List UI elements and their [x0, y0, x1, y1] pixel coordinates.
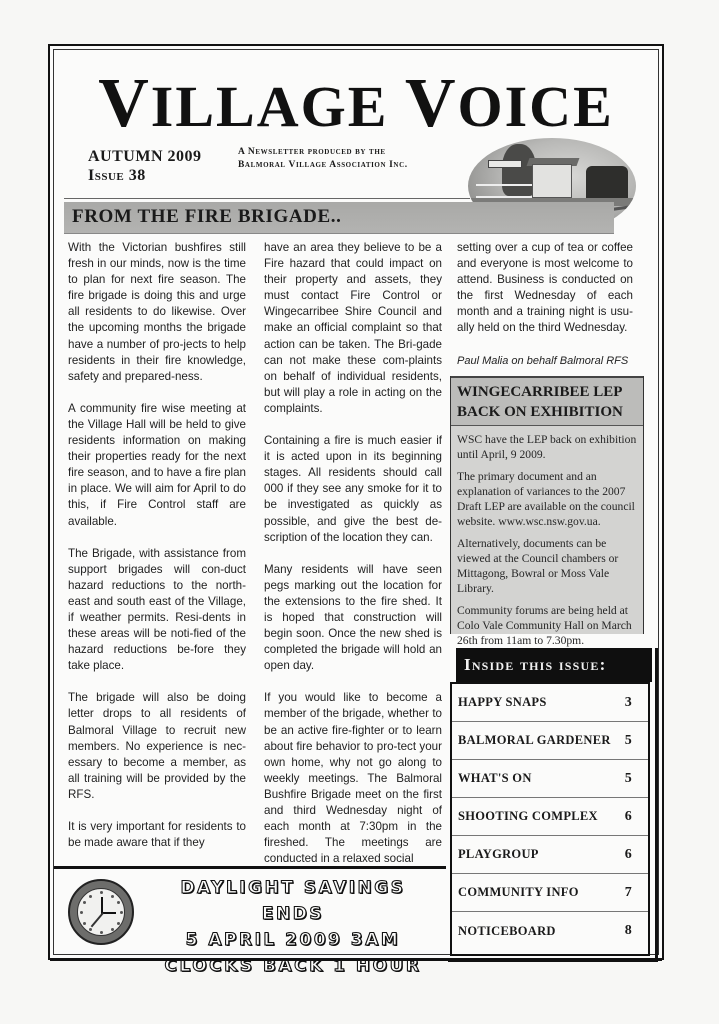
paragraph: The primary document and an explanation … [457, 469, 641, 529]
clock-face [77, 888, 125, 936]
clock-tick [117, 922, 120, 925]
toc-item-page: 8 [625, 923, 632, 939]
article-signature: Paul Malia on behalf Balmoral RFS [457, 353, 633, 369]
article-column-2: have an area they believe to be a Fire h… [264, 240, 442, 883]
toc-item-page: 5 [625, 771, 632, 787]
tagline: A Newsletter produced by the Balmoral Vi… [238, 146, 468, 172]
masthead-title: VILLAGE VOICE [50, 72, 662, 139]
paragraph: WSC have the LEP back on exhibition unti… [457, 432, 641, 462]
photo-hut [532, 164, 572, 198]
toc-item-label: COMMUNITY INFO [458, 885, 579, 900]
toc-item-page: 3 [625, 695, 632, 711]
paragraph: The Brigade, with assistance from suppor… [68, 546, 246, 675]
season-label: AUTUMN 2009 [88, 146, 202, 168]
toc-item[interactable]: SHOOTING COMPLEX 6 [452, 798, 648, 836]
masthead-word-village: ILLAGE [151, 74, 405, 139]
paragraph: It is very important for residents to be… [68, 819, 246, 851]
daylight-savings-text: DAYLIGHT SAVINGS ENDS 5 APRIL 2009 3AM C… [148, 875, 438, 979]
photo-station-sign [488, 160, 522, 168]
clock-tick [89, 895, 92, 898]
lep-heading-line-1: WINGECARRIBEE LEP [457, 382, 637, 402]
clock-tick [120, 911, 123, 914]
clock-tick [83, 901, 86, 904]
toc-item[interactable]: COMMUNITY INFO 7 [452, 874, 648, 912]
masthead-initial-v: V [98, 65, 151, 142]
toc-item[interactable]: WHAT'S ON 5 [452, 760, 648, 798]
toc-item[interactable]: PLAYGROUP 6 [452, 836, 648, 874]
section-heading-fire-brigade: FROM THE FIRE BRIGADE.. [72, 206, 341, 228]
clock-icon [68, 879, 134, 945]
issue-number: Issue 38 [88, 167, 146, 185]
paragraph: Containing a fire is much easier if it i… [264, 433, 442, 546]
toc-item-page: 6 [625, 809, 632, 825]
lep-sidebar: WINGECARRIBEE LEP BACK ON EXHIBITION WSC… [450, 376, 644, 634]
paragraph: Many residents will have seen pegs marki… [264, 562, 442, 675]
toc-item-page: 7 [625, 885, 632, 901]
dst-line-2: 5 APRIL 2009 3AM [148, 927, 438, 953]
toc-item-page: 5 [625, 733, 632, 749]
newsletter-page: VILLAGE VOICE AUTUMN 2009 Issue 38 A New… [48, 44, 664, 960]
toc-item-label: WHAT'S ON [458, 771, 532, 786]
clock-tick [100, 891, 103, 894]
clock-tick [89, 928, 92, 931]
clock-tick [83, 922, 86, 925]
clock-tick [100, 931, 103, 934]
paragraph: With the Victorian bushfires still fresh… [68, 240, 246, 385]
dst-line-3: CLOCKS BACK 1 HOUR [148, 953, 438, 979]
toc-item[interactable]: HAPPY SNAPS 3 [452, 684, 648, 722]
toc-item-label: SHOOTING COMPLEX [458, 809, 598, 824]
clock-tick [111, 895, 114, 898]
toc-item[interactable]: NOTICEBOARD 8 [452, 912, 648, 950]
toc-item-page: 6 [625, 847, 632, 863]
clock-second-hand [91, 912, 104, 927]
toc-item-label: HAPPY SNAPS [458, 695, 547, 710]
masthead-word-voice: OICE [458, 74, 614, 139]
clock-tick [111, 928, 114, 931]
table-of-contents: HAPPY SNAPS 3 BALMORAL GARDENER 5 WHAT'S… [450, 682, 650, 956]
bottom-rule [50, 958, 662, 961]
article-column-3: setting over a cup of tea or coffee and … [457, 240, 633, 385]
paragraph: The brigade will also be doing letter dr… [68, 690, 246, 803]
paragraph: have an area they believe to be a Fire h… [264, 240, 442, 417]
paragraph: Alternatively, documents can be viewed a… [457, 536, 641, 596]
masthead-initial-v2: V [405, 65, 458, 142]
lep-body: WSC have the LEP back on exhibition unti… [457, 432, 641, 655]
toc-item-label: NOTICEBOARD [458, 924, 556, 939]
tagline-line-2: Balmoral Village Association Inc. [238, 159, 468, 172]
paragraph: Community forums are being held at Colo … [457, 603, 641, 648]
article-column-1: With the Victorian bushfires still fresh… [68, 240, 246, 867]
photo-fence [476, 184, 536, 198]
clock-tick [117, 901, 120, 904]
inside-issue-heading: Inside this issue: [456, 648, 652, 682]
daylight-savings-banner: DAYLIGHT SAVINGS ENDS 5 APRIL 2009 3AM C… [54, 869, 446, 957]
toc-item-label: BALMORAL GARDENER [458, 733, 611, 748]
paragraph: If you would like to become a member of … [264, 690, 442, 867]
toc-item-label: PLAYGROUP [458, 847, 539, 862]
lep-heading: WINGECARRIBEE LEP BACK ON EXHIBITION [451, 376, 643, 426]
clock-tick [80, 911, 83, 914]
tagline-line-1: A Newsletter produced by the [238, 146, 468, 159]
toc-item[interactable]: BALMORAL GARDENER 5 [452, 722, 648, 760]
paragraph: setting over a cup of tea or coffee and … [457, 240, 633, 337]
lep-heading-line-2: BACK ON EXHIBITION [457, 402, 637, 422]
section-rule [64, 198, 470, 199]
paragraph: A community fire wise meeting at the Vil… [68, 401, 246, 530]
dst-line-1: DAYLIGHT SAVINGS ENDS [148, 875, 438, 927]
